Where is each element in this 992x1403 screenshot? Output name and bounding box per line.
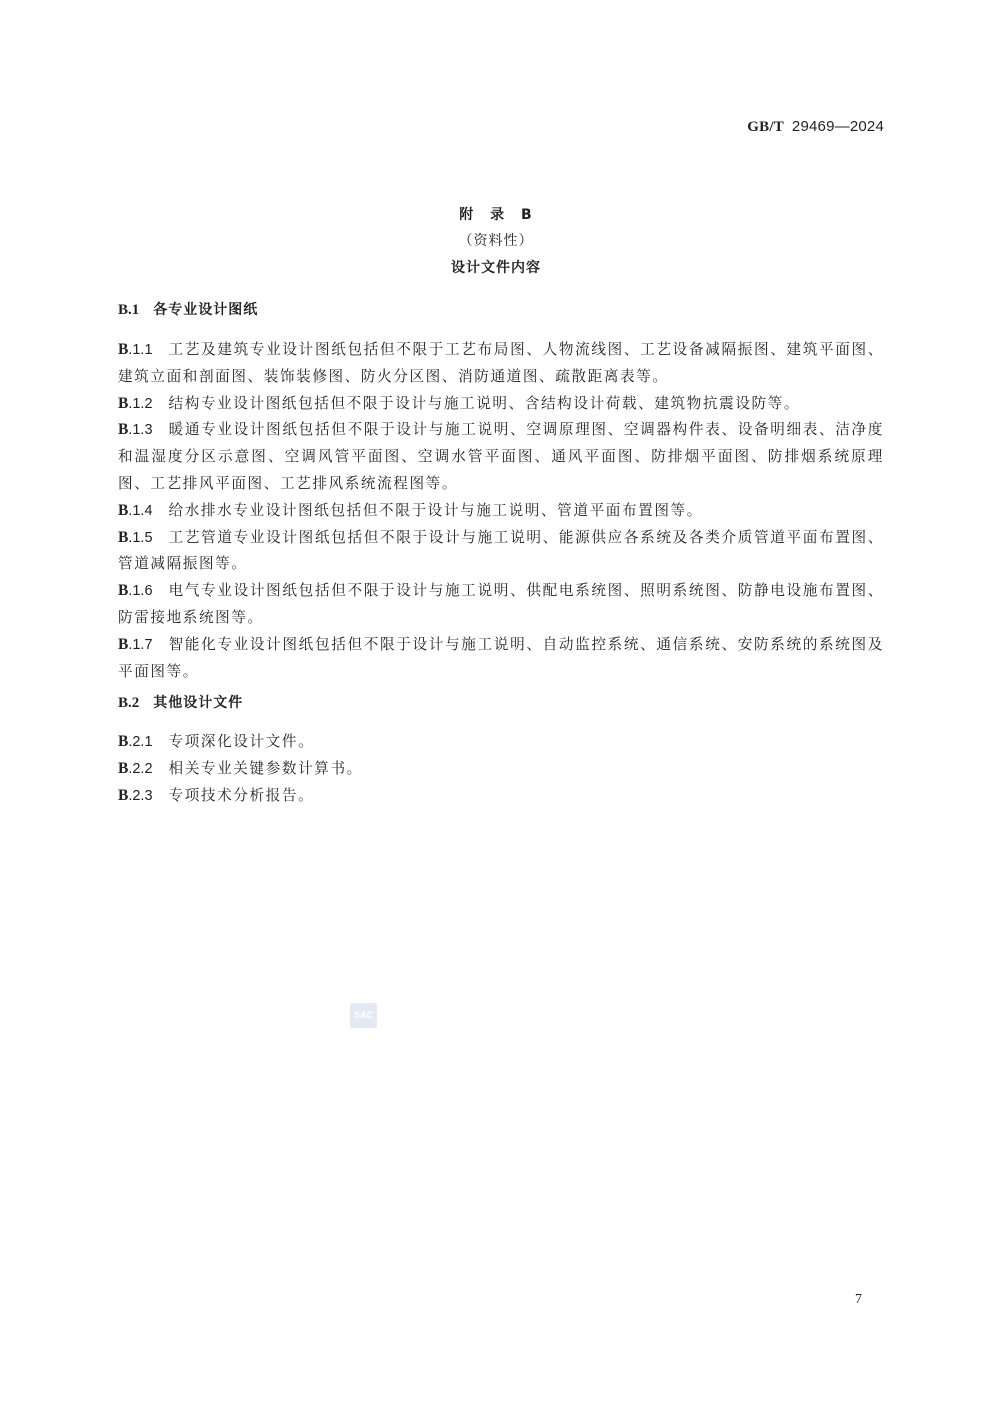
- standard-code: GB/T29469—2024: [747, 117, 884, 136]
- clause-b-1-1: B.1.1工艺及建筑专业设计图纸包括但不限于工艺布局图、人物流线图、工艺设备减隔…: [118, 337, 884, 391]
- section-b2-clauses: B.2.1专项深化设计文件。 B.2.2相关专业关键参数计算书。 B.2.3专项…: [118, 729, 884, 809]
- clause-number: .1.3: [128, 422, 152, 438]
- clause-number-prefix: B: [118, 787, 128, 804]
- clause-b-2-2: B.2.2相关专业关键参数计算书。: [118, 756, 884, 783]
- clause-text: 给水排水专业设计图纸包括但不限于设计与施工说明、管道平面布置图等。: [169, 502, 703, 519]
- clause-number: .2.1: [128, 734, 152, 750]
- clause-text: 专项技术分析报告。: [169, 787, 315, 804]
- clause-number: .1.7: [128, 637, 152, 653]
- clause-number-prefix: B: [118, 421, 128, 438]
- clause-number-prefix: B: [118, 395, 128, 412]
- clause-number: .1.5: [128, 530, 152, 546]
- clause-text: 工艺管道专业设计图纸包括但不限于设计与施工说明、能源供应各系统及各类介质管道平面…: [118, 529, 884, 573]
- clause-number-prefix: B: [118, 582, 128, 599]
- clause-b-1-5: B.1.5工艺管道专业设计图纸包括但不限于设计与施工说明、能源供应各系统及各类介…: [118, 525, 884, 579]
- clause-number: .2.3: [128, 788, 152, 804]
- clause-b-2-3: B.2.3专项技术分析报告。: [118, 783, 884, 810]
- clause-b-1-3: B.1.3暖通专业设计图纸包括但不限于设计与施工说明、空调原理图、空调器构件表、…: [118, 417, 884, 497]
- clause-text: 电气专业设计图纸包括但不限于设计与施工说明、供配电系统图、照明系统图、防静电设施…: [118, 582, 884, 626]
- clause-text: 智能化专业设计图纸包括但不限于设计与施工说明、自动监控系统、通信系统、安防系统的…: [118, 636, 884, 680]
- section-b1-clauses: B.1.1工艺及建筑专业设计图纸包括但不限于工艺布局图、人物流线图、工艺设备减隔…: [118, 337, 884, 685]
- section-title: 各专业设计图纸: [153, 302, 258, 318]
- clause-text: 工艺及建筑专业设计图纸包括但不限于工艺布局图、人物流线图、工艺设备减隔振图、建筑…: [118, 341, 884, 385]
- appendix-nature: （资料性）: [0, 230, 992, 250]
- clause-text: 相关专业关键参数计算书。: [169, 760, 363, 777]
- standard-number: 29469—2024: [792, 118, 884, 135]
- appendix-subtitle: 设计文件内容: [0, 257, 992, 277]
- section-heading: B.1各专业设计图纸: [118, 297, 884, 324]
- section-heading: B.2其他设计文件: [118, 690, 884, 717]
- clause-number: .1.1: [128, 342, 152, 358]
- standard-prefix: GB/T: [747, 119, 784, 135]
- clause-b-1-4: B.1.4给水排水专业设计图纸包括但不限于设计与施工说明、管道平面布置图等。: [118, 498, 884, 525]
- clause-number-prefix: B: [118, 529, 128, 546]
- page-number: 7: [855, 1292, 862, 1308]
- clause-number-prefix: B: [118, 760, 128, 777]
- clause-b-1-6: B.1.6电气专业设计图纸包括但不限于设计与施工说明、供配电系统图、照明系统图、…: [118, 578, 884, 632]
- appendix-title: 附 录 B: [0, 204, 992, 224]
- clause-number-prefix: B: [118, 636, 128, 653]
- section-number: B.1: [118, 302, 139, 318]
- clause-number: .1.2: [128, 396, 152, 412]
- clause-text: 结构专业设计图纸包括但不限于设计与施工说明、含结构设计荷载、建筑物抗震设防等。: [169, 395, 801, 412]
- sac-watermark-logo: SAC: [350, 1003, 377, 1028]
- clause-b-2-1: B.2.1专项深化设计文件。: [118, 729, 884, 756]
- section-number: B.2: [118, 695, 139, 711]
- clause-number: .1.6: [128, 583, 152, 599]
- clause-number-prefix: B: [118, 733, 128, 750]
- clause-b-1-7: B.1.7智能化专业设计图纸包括但不限于设计与施工说明、自动监控系统、通信系统、…: [118, 632, 884, 686]
- clause-b-1-2: B.1.2结构专业设计图纸包括但不限于设计与施工说明、含结构设计荷载、建筑物抗震…: [118, 391, 884, 418]
- clause-number-prefix: B: [118, 502, 128, 519]
- section-title: 其他设计文件: [153, 695, 243, 711]
- clause-text: 暖通专业设计图纸包括但不限于设计与施工说明、空调原理图、空调器构件表、设备明细表…: [118, 421, 884, 492]
- clause-number: .2.2: [128, 761, 152, 777]
- clause-number-prefix: B: [118, 341, 128, 358]
- section-b1: B.1各专业设计图纸: [118, 297, 884, 324]
- clause-text: 专项深化设计文件。: [169, 733, 315, 750]
- clause-number: .1.4: [128, 503, 152, 519]
- section-b2: B.2其他设计文件: [118, 690, 884, 717]
